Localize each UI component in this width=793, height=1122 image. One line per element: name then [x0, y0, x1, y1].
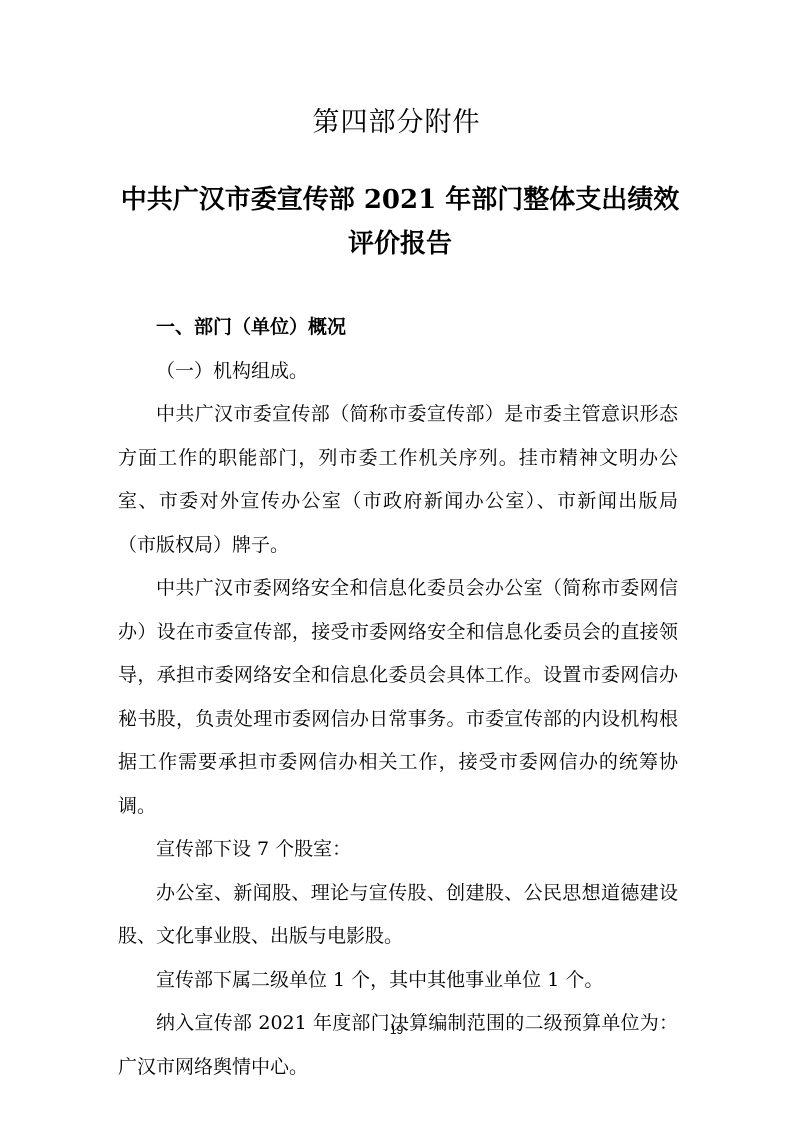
paragraph: 中共广汉市委宣传部（简称市委宣传部）是市委主管意识形态方面工作的职能部门，列市委… [118, 393, 678, 567]
report-title: 中共广汉市委宣传部 2021 年部门整体支出绩效 评价报告 [100, 178, 700, 266]
report-title-line-2: 评价报告 [100, 222, 700, 266]
paragraph: 宣传部下属二级单位 1 个，其中其他事业单位 1 个。 [118, 959, 678, 1003]
paragraph: 办公室、新闻股、理论与宣传股、创建股、公民思想道德建设股、文化事业股、出版与电影… [118, 872, 678, 959]
page-number: 19 [0, 1023, 793, 1037]
subsection-heading: （一）机构组成。 [118, 350, 678, 394]
report-title-line-1: 中共广汉市委宣传部 2021 年部门整体支出绩效 [100, 178, 700, 222]
part-title: 第四部分附件 [0, 100, 793, 139]
paragraph: 纳入宣传部 2021 年度部门决算编制范围的二级预算单位为：广汉市网络舆情中心。 [118, 1002, 678, 1089]
paragraph: 宣传部下设 7 个股室： [118, 828, 678, 872]
paragraph: 中共广汉市委网络安全和信息化委员会办公室（简称市委网信办）设在市委宣传部，接受市… [118, 567, 678, 828]
section-heading: 一、部门（单位）概况 [118, 306, 678, 350]
body-text: 一、部门（单位）概况 （一）机构组成。 中共广汉市委宣传部（简称市委宣传部）是市… [118, 306, 678, 1089]
document-page: 第四部分附件 中共广汉市委宣传部 2021 年部门整体支出绩效 评价报告 一、部… [0, 0, 793, 1122]
